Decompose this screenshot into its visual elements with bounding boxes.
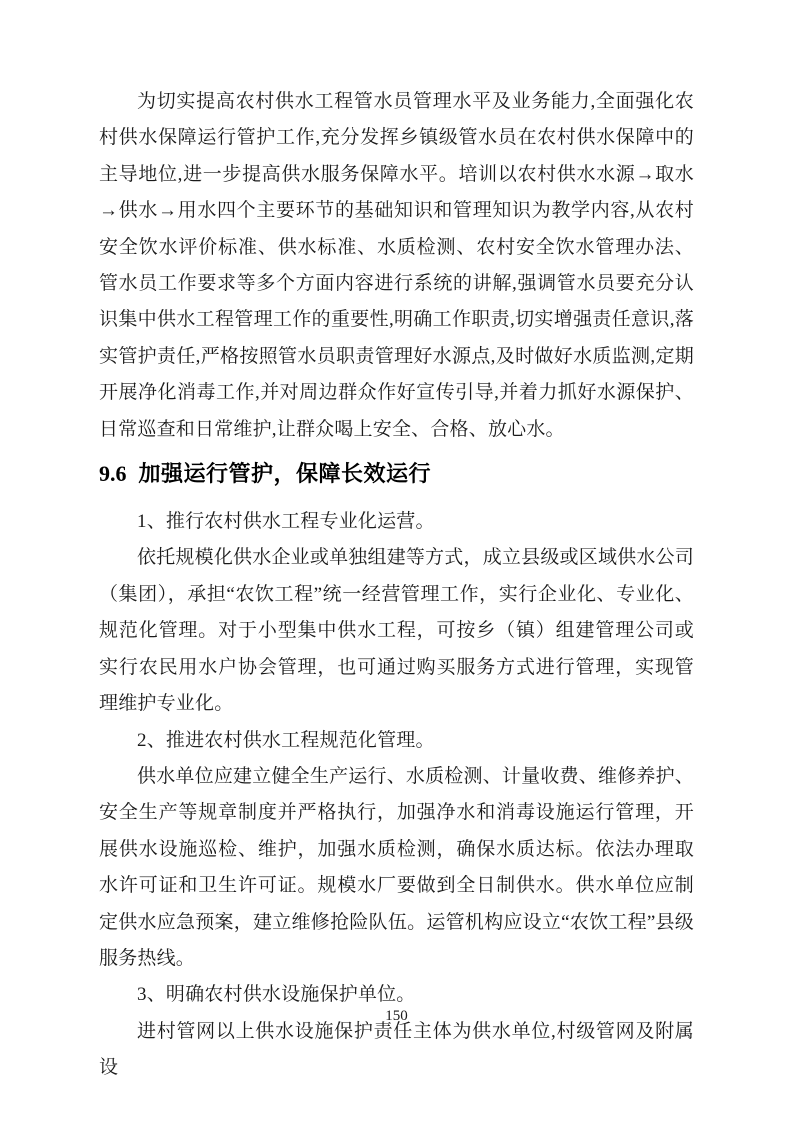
paragraph-standardized-management: 供水单位应建立健全生产运行、水质检测、计量收费、维修养护、安全生产等规章制度并严… (99, 759, 694, 977)
intro-paragraph: 为切实提高农村供水工程管水员管理水平及业务能力,全面强化农村供水保障运行管护工作… (99, 84, 694, 448)
section-number: 9.6 (99, 461, 127, 486)
page-number-label: 150 (0, 1008, 793, 1025)
page-content: 为切实提高农村供水工程管水员管理水平及业务能力,全面强化农村供水保障运行管护工作… (99, 84, 694, 1087)
list-item-2: 2、推进农村供水工程规范化管理。 (99, 723, 694, 759)
list-item-1: 1、推行农村供水工程专业化运营。 (99, 504, 694, 540)
section-heading: 9.6加强运行管护，保障长效运行 (99, 458, 694, 490)
section-title: 加强运行管护，保障长效运行 (139, 461, 432, 486)
document-page: 为切实提高农村供水工程管水员管理水平及业务能力,全面强化农村供水保障运行管护工作… (0, 0, 793, 1122)
paragraph-professional-operation: 依托规模化供水企业或单独组建等方式，成立县级或区域供水公司（集团），承担“农饮工… (99, 540, 694, 722)
